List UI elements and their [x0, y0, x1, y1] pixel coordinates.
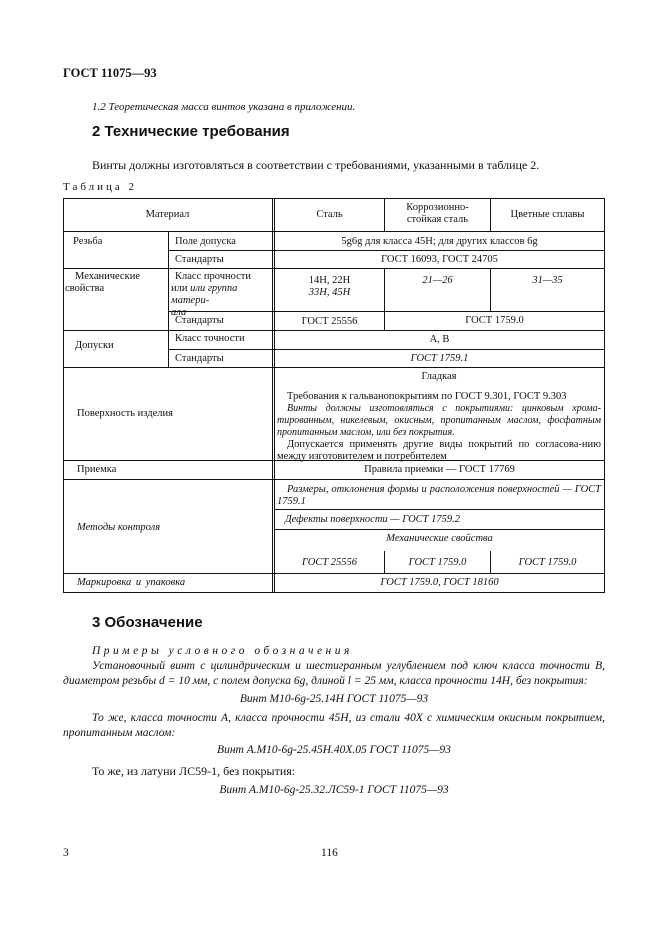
control-mech-nonferrous: ГОСТ 1759.0 — [491, 557, 604, 569]
header-steel: Сталь — [275, 209, 384, 221]
control-defects: Дефекты поверхности — ГОСТ 1759.2 — [285, 514, 460, 526]
surface-coatings: Винты должны изготовляться с покрытиями:… — [277, 403, 601, 439]
mechanical-class-line1: Класс прочности — [171, 271, 271, 283]
row-divider — [63, 268, 605, 269]
control-mech-steel: ГОСТ 25556 — [275, 557, 384, 569]
tolerances-accuracy-value: А, B — [275, 334, 604, 346]
row-divider — [168, 250, 605, 251]
acceptance-value: Правила приемки — ГОСТ 17769 — [275, 464, 604, 476]
surface-galvanic: Требования к гальванопокрытиям по ГОСТ 9… — [277, 391, 601, 403]
tolerances-standards-value: ГОСТ 1759.1 — [275, 353, 604, 365]
marking-value: ГОСТ 1759.0, ГОСТ 18160 — [275, 577, 604, 589]
control-dims: Размеры, отклонения формы и расположения… — [277, 484, 601, 508]
thread-tolerance-label: Поле допуска — [175, 236, 236, 248]
table-border-top — [63, 198, 605, 199]
example-1-text: Установочный винт с цилиндрическим и шес… — [63, 659, 605, 689]
mechanical-nonferrous: 31—35 — [491, 275, 604, 287]
thread-standards-value: ГОСТ 16093, ГОСТ 24705 — [275, 254, 604, 266]
thread-tolerance-value: 5g6g для класса 45Н; для других классов … — [275, 236, 604, 248]
table-caption: Таблица 2 — [63, 181, 137, 193]
row-divider — [274, 529, 605, 530]
mechanical-label-line2: свойства — [65, 283, 165, 295]
page-number-left: 3 — [63, 847, 69, 859]
section-3-title: 3 Обозначение — [92, 614, 203, 631]
row-divider — [63, 330, 605, 331]
control-mech-stainless: ГОСТ 1759.0 — [385, 557, 490, 569]
note-1-2: 1.2 Теоретическая масса винтов указана в… — [92, 101, 355, 113]
mechanical-standards-label: Стандарты — [175, 315, 224, 327]
surface-smooth: Гладкая — [277, 371, 601, 383]
example-1-code: Винт М10-6g-25.14Н ГОСТ 11075—93 — [63, 693, 605, 705]
mechanical-steel-line1: 14Н, 22Н — [275, 275, 384, 287]
row-divider — [63, 367, 605, 368]
mechanical-class-label: Класс прочности или или группа матери- а… — [171, 271, 271, 319]
surface-label: Поверхность изделия — [77, 408, 173, 420]
acceptance-label: Приемка — [77, 464, 116, 476]
table-border-right — [604, 198, 605, 593]
thread-standards-label: Стандарты — [175, 254, 224, 266]
control-label: Методы контроля — [77, 522, 160, 534]
example-3-text: То же, из латуни ЛС59-1, без покрытия: — [92, 764, 295, 779]
table-border-bottom — [63, 592, 605, 593]
tolerances-label: Допуски — [75, 340, 114, 352]
header-stainless-line1: Коррозионно- — [385, 202, 490, 214]
examples-label: Примеры условного обозначения — [92, 645, 353, 657]
header-stainless: Коррозионно- стойкая сталь — [385, 202, 490, 226]
example-2-text: То же, класса точности А, класса прочнос… — [63, 711, 605, 741]
row-divider — [63, 231, 605, 232]
mechanical-steel-line2: 33Н, 45Н — [275, 287, 384, 299]
marking-label: Маркировка и упаковка — [77, 577, 185, 589]
mechanical-standards-steel: ГОСТ 25556 — [275, 316, 384, 328]
row-divider — [63, 573, 605, 574]
document-code: ГОСТ 11075—93 — [63, 66, 157, 81]
mechanical-stainless: 21—26 — [385, 275, 490, 287]
tolerances-accuracy-label: Класс точности — [175, 333, 245, 345]
page-number-center: 116 — [321, 847, 338, 859]
header-material: Материал — [63, 209, 272, 221]
row-divider — [63, 479, 605, 480]
section-2-title: 2 Технические требования — [92, 123, 290, 140]
table-border-left — [63, 198, 64, 593]
requirements-table: Материал Сталь Коррозионно- стойкая стал… — [63, 198, 605, 592]
or-word: или — [171, 283, 190, 294]
header-stainless-line2: стойкая сталь — [385, 214, 490, 226]
mechanical-steel: 14Н, 22Н 33Н, 45Н — [275, 275, 384, 299]
double-divider — [272, 198, 273, 593]
col-divider — [168, 231, 169, 367]
thread-label: Резьба — [73, 236, 102, 248]
surface-content: Гладкая Требования к гальванопокрытиям п… — [277, 371, 601, 463]
mechanical-standards-other: ГОСТ 1759.0 — [385, 315, 604, 327]
section-2-intro: Винты должны изготовляться в соответстви… — [92, 158, 539, 173]
example-3-code: Винт А.М10-6g-25.32.ЛС59-1 ГОСТ 11075—93 — [63, 784, 605, 796]
example-2-code: Винт А.М10-6g-25.45Н.40Х.05 ГОСТ 11075—9… — [63, 744, 605, 756]
row-divider — [168, 349, 605, 350]
mechanical-class-line2: или или группа матери- — [171, 283, 271, 307]
mechanical-label-line1: Механические — [65, 271, 165, 283]
control-mech-label: Механические свойства — [275, 533, 604, 545]
header-nonferrous: Цветные сплавы — [491, 209, 604, 221]
surface-other: Допускается применять другие виды покрыт… — [277, 439, 601, 463]
row-divider — [274, 509, 605, 510]
mechanical-label: Механические свойства — [65, 271, 165, 295]
tolerances-standards-label: Стандарты — [175, 353, 224, 365]
